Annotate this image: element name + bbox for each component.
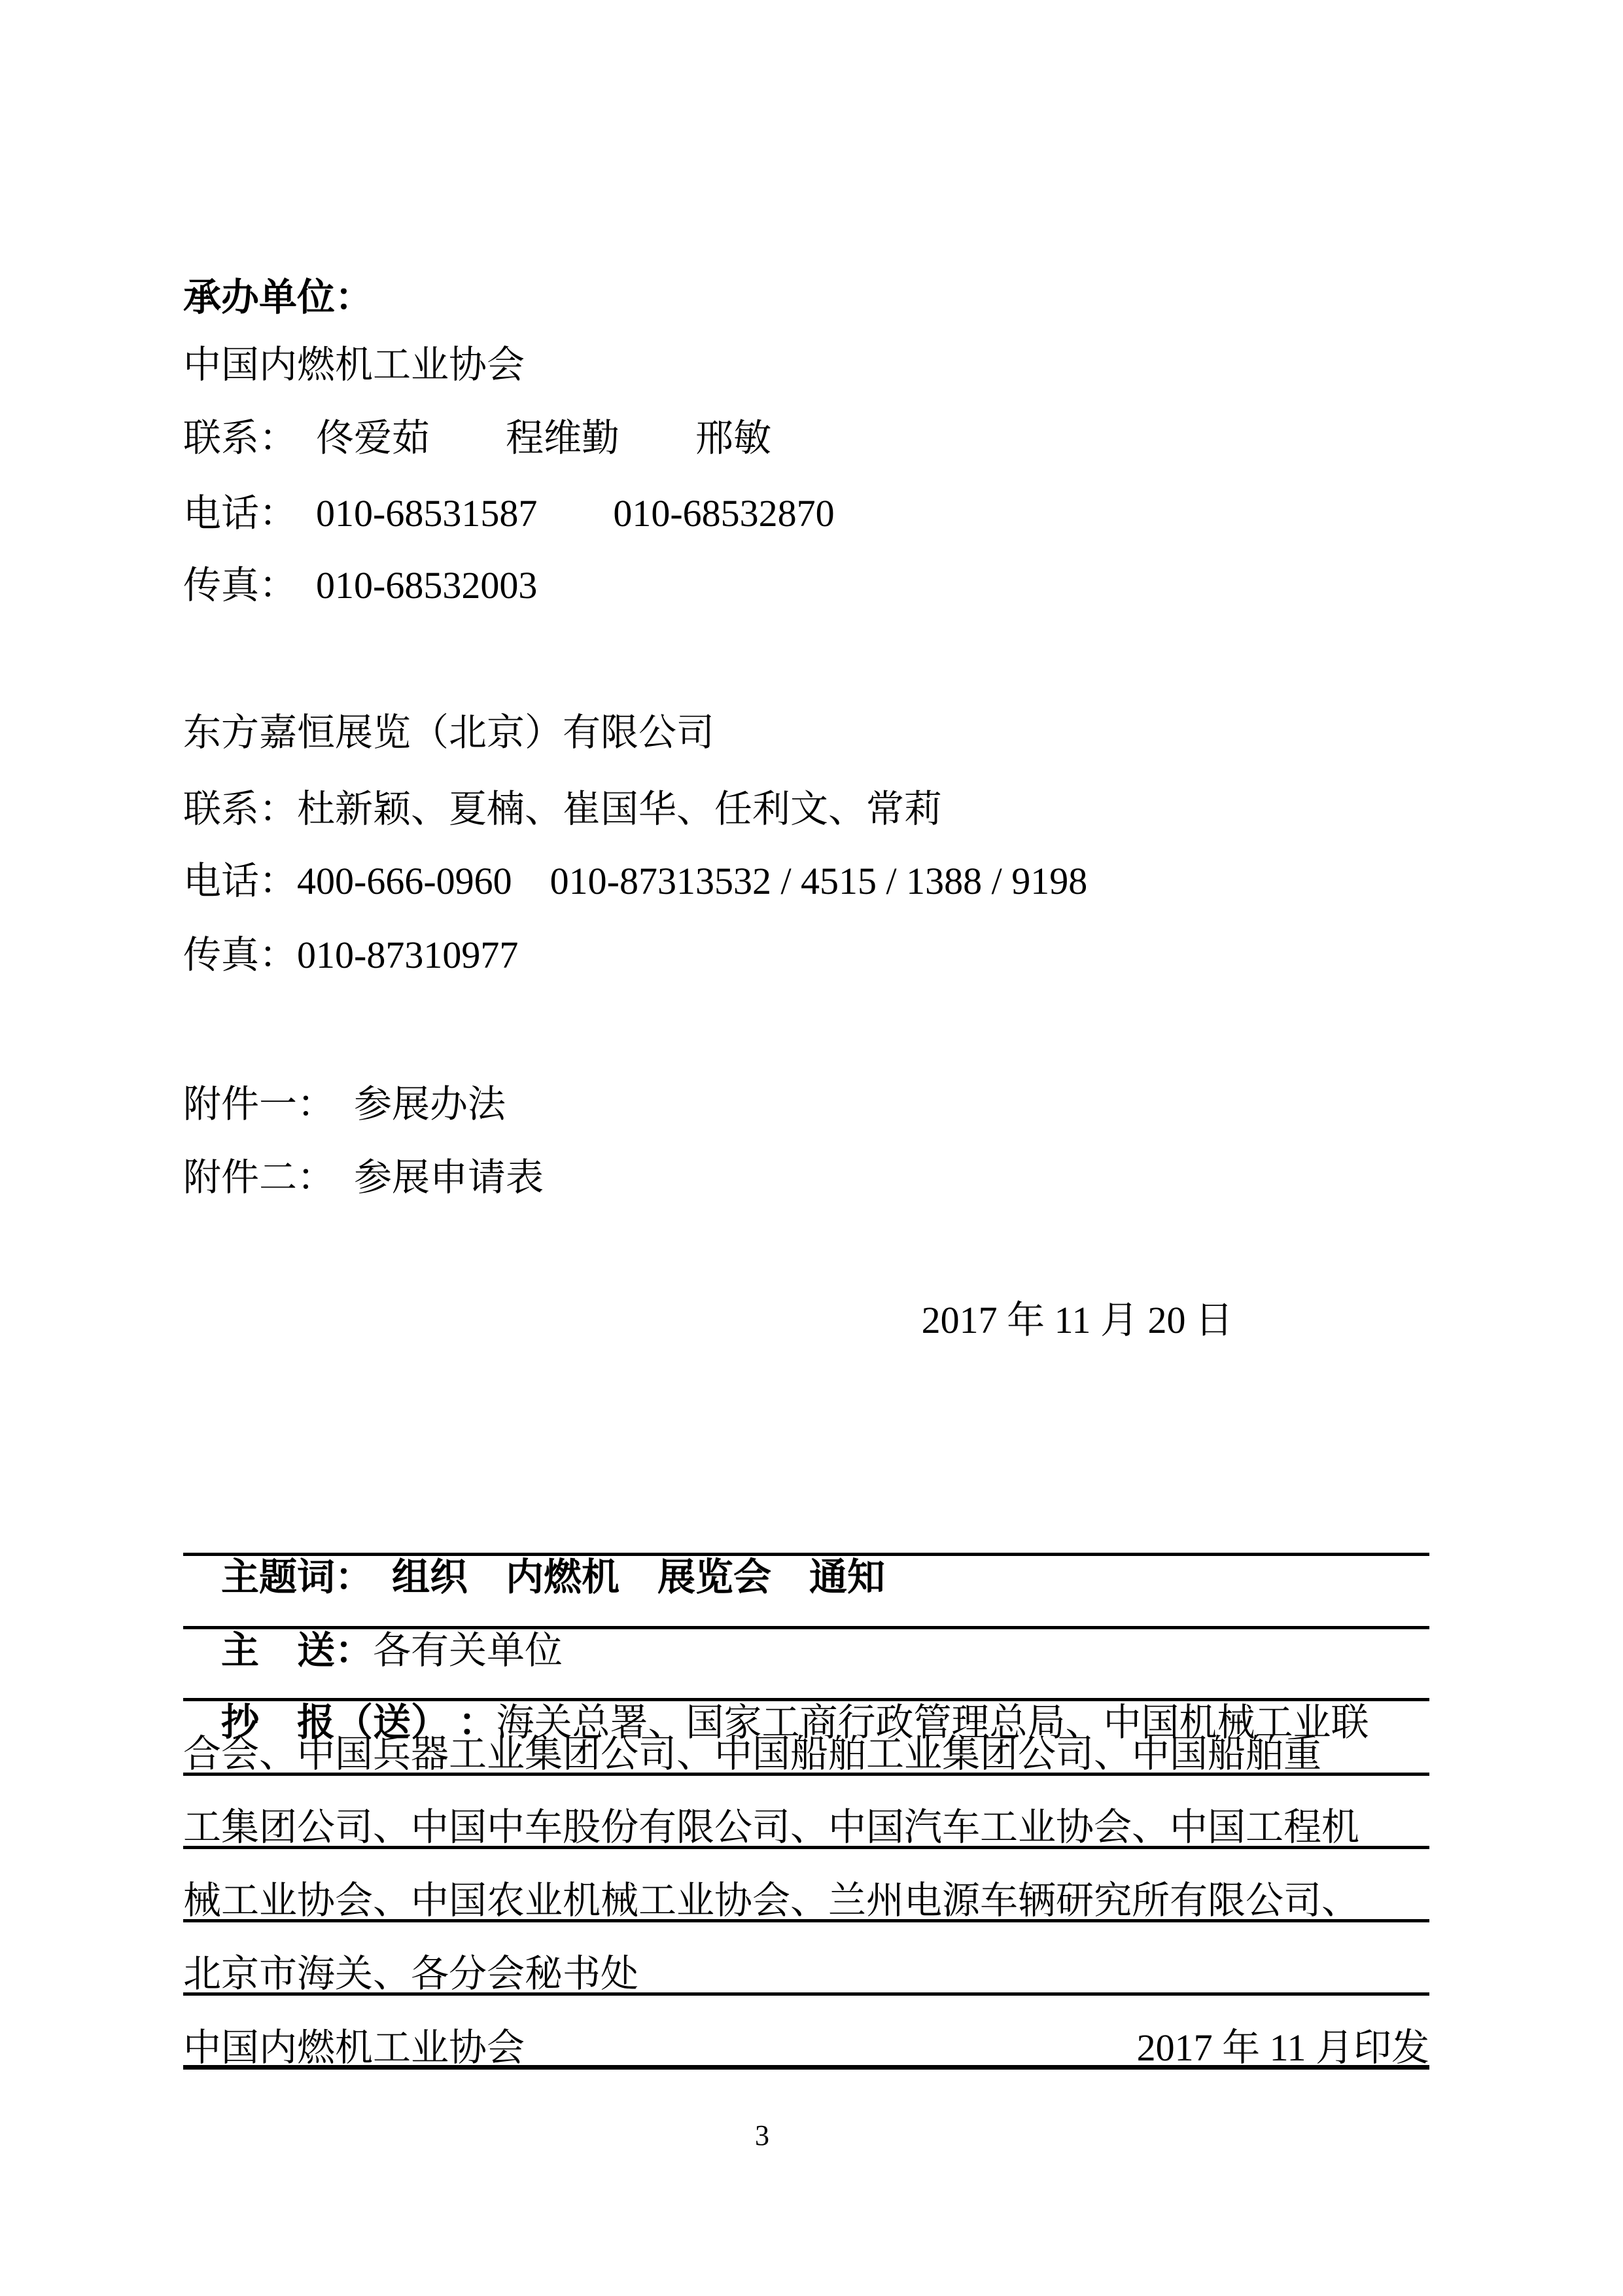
organizer-heading: 承办单位： — [183, 275, 1429, 320]
main-send-row: 主 送：各有关单位 — [183, 1586, 1429, 1629]
cc-row-2: 合会、中国兵器工业集团公司、中国船舶工业集团公司、中国船舶重 — [183, 1733, 1429, 1776]
organizer1-name: 中国内燃机工业协会 — [183, 343, 1429, 387]
attachment-1: 附件一： 参展办法 — [183, 1082, 1429, 1127]
cc-row-1: 抄 报（送） ：海关总署、国家工商行政管理总局、中国机械工业联 — [183, 1658, 1429, 1701]
cc-row-5: 北京市海关、各分会秘书处 — [183, 1952, 1429, 1996]
attachment-2: 附件二： 参展申请表 — [183, 1156, 1429, 1200]
organizer2-contacts: 联系：杜新颖、夏楠、崔国华、任利文、常莉 — [183, 787, 1429, 832]
issuer-name: 中国内燃机工业协会 — [183, 2026, 525, 2070]
organizer1-phone: 电话： 010-68531587 010-68532870 — [183, 491, 1429, 536]
page-number: 3 — [680, 2119, 844, 2153]
organizer1-fax: 传真： 010-68532003 — [183, 563, 1429, 608]
organizer2-name: 东方嘉恒展览（北京）有限公司 — [183, 711, 1429, 755]
subject-row: 主题词： 组织 内燃机 展览会 通知 — [183, 1513, 1429, 1556]
cc-row-4: 械工业协会、中国农业机械工业协会、兰州电源车辆研究所有限公司、 — [183, 1879, 1429, 1922]
sign-date: 2017 年 11 月 20 日 — [183, 1298, 1429, 1343]
cc-row-3: 工集团公司、中国中车股份有限公司、中国汽车工业协会、中国工程机 — [183, 1806, 1429, 1849]
organizer2-phone: 电话：400-666-0960 010-87313532 / 4515 / 13… — [183, 859, 1429, 904]
document-page: 承办单位： 中国内燃机工业协会 联系： 佟爱茹 程维勤 邢敏 电话： 010-6… — [0, 0, 1623, 2296]
issuer-row: 中国内燃机工业协会2017 年 11 月印发 — [183, 2026, 1429, 2070]
organizer2-fax: 传真：010-87310977 — [183, 933, 1429, 978]
organizer1-contacts: 联系： 佟爱茹 程维勤 邢敏 — [183, 416, 1429, 461]
issue-date: 2017 年 11 月印发 — [1137, 2026, 1429, 2070]
